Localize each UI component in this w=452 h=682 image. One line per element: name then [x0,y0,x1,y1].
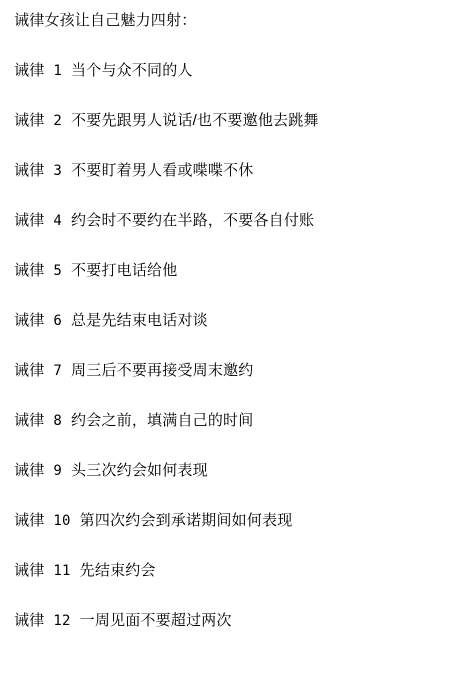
rule-number: 9 [53,463,62,479]
rule-line: 诫律12一周见面不要超过两次 [14,613,442,629]
rule-line: 诫律9头三次约会如何表现 [14,463,442,479]
rule-prefix: 诫律 [14,262,44,279]
rule-text: 先结束约会 [80,562,156,579]
rule-number: 4 [53,213,62,229]
rule-line: 诫律1当个与众不同的人 [14,63,442,79]
rule-number: 2 [53,113,62,129]
rule-line: 诫律2不要先跟男人说话/也不要邀他去跳舞 [14,113,442,129]
rule-number: 7 [53,363,62,379]
rule-line: 诫律11先结束约会 [14,563,442,579]
rule-number: 5 [53,263,62,279]
rule-prefix: 诫律 [14,612,44,629]
rule-prefix: 诫律 [14,212,44,229]
rule-line: 诫律5不要打电话给他 [14,263,442,279]
rule-prefix: 诫律 [14,512,44,529]
rule-number: 10 [53,513,70,529]
rule-prefix: 诫律 [14,112,44,129]
rule-text: 第四次约会到承诺期间如何表现 [80,512,293,529]
rule-text: 约会之前，填满自己的时间 [71,412,253,429]
rule-number: 8 [53,413,62,429]
rule-text: 总是先结束电话对谈 [71,312,208,329]
rule-prefix: 诫律 [14,562,44,579]
rule-prefix: 诫律 [14,362,44,379]
document-page: 诫律女孩让自己魅力四射： 诫律1当个与众不同的人 诫律2不要先跟男人说话/也不要… [0,0,452,682]
rule-number: 6 [53,313,62,329]
rule-line: 诫律10第四次约会到承诺期间如何表现 [14,513,442,529]
rule-line: 诫律3不要盯着男人看或喋喋不休 [14,163,442,179]
rule-line: 诫律7周三后不要再接受周末邀约 [14,363,442,379]
document-title: 诫律女孩让自己魅力四射： [14,13,442,29]
rule-number: 11 [53,563,70,579]
rule-text: 周三后不要再接受周末邀约 [71,362,253,379]
rule-number: 3 [53,163,62,179]
rule-prefix: 诫律 [14,462,44,479]
rule-number: 1 [53,63,62,79]
rule-line: 诫律6总是先结束电话对谈 [14,313,442,329]
rule-prefix: 诫律 [14,312,44,329]
rule-prefix: 诫律 [14,162,44,179]
rule-prefix: 诫律 [14,62,44,79]
rule-number: 12 [53,613,70,629]
rule-line: 诫律8约会之前，填满自己的时间 [14,413,442,429]
rule-text: 不要盯着男人看或喋喋不休 [71,162,253,179]
rule-text: 不要先跟男人说话/也不要邀他去跳舞 [71,112,319,129]
rule-text: 不要打电话给他 [71,262,177,279]
rule-prefix: 诫律 [14,412,44,429]
rule-text: 一周见面不要超过两次 [80,612,232,629]
rule-text: 头三次约会如何表现 [71,462,208,479]
rule-text: 约会时不要约在半路，不要各自付账 [71,212,314,229]
rule-line: 诫律4约会时不要约在半路，不要各自付账 [14,213,442,229]
rule-text: 当个与众不同的人 [71,62,193,79]
